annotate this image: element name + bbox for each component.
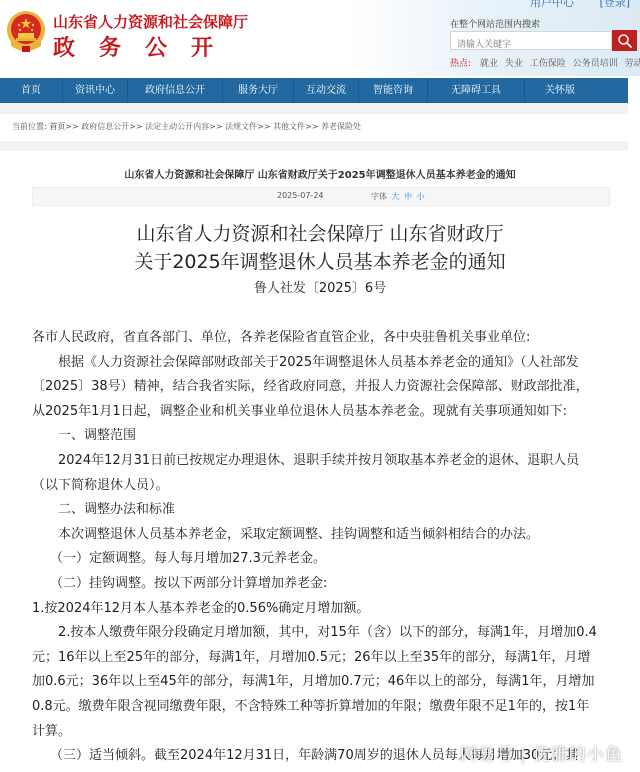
watermark-divider: |: [520, 745, 527, 765]
section-divider: [0, 141, 628, 151]
paragraph: 本次调整退休人员基本养老金，采取定额调整、挂钩调整和适当倾斜相结合的办法。: [32, 523, 612, 548]
search-box: [450, 31, 612, 50]
breadcrumb-separator: >>: [65, 122, 78, 131]
breadcrumb-item[interactable]: 首页: [49, 122, 65, 131]
breadcrumb-item[interactable]: 政府信息公开: [81, 122, 129, 131]
breadcrumb-separator: >>: [209, 122, 222, 131]
hot-topics: 热点: 就业 失业 工伤保险 公务员培训 劳动工资: [450, 56, 640, 69]
org-name: 山东省人力资源和社会保障厅: [53, 11, 248, 32]
section-heading: 二、调整办法和标准: [32, 498, 612, 523]
font-size-controls: 字体 大 中 小: [371, 191, 425, 202]
login-link[interactable]: [登录]: [600, 0, 631, 9]
breadcrumb-item[interactable]: 法定主动公开内容: [145, 122, 209, 131]
section-name: 政务公开: [53, 31, 237, 62]
user-links: 用户中心 [登录]: [530, 0, 640, 10]
paragraph: 从2025年1月1日起，调整企业和机关事业单位退休人员基本养老金。现就有关事项通…: [32, 400, 612, 425]
breadcrumb-item[interactable]: 养老保险处: [321, 122, 361, 131]
nav-item-smart-consult[interactable]: 智能咨询: [359, 78, 427, 103]
nav-item-service-hall[interactable]: 服务大厅: [223, 78, 293, 103]
hot-item[interactable]: 就业: [480, 59, 498, 69]
hot-item[interactable]: 工伤保险: [530, 59, 566, 69]
font-size-label: 字体: [371, 192, 387, 201]
hot-item[interactable]: 失业: [505, 59, 523, 69]
breadcrumb-separator: >>: [305, 122, 318, 131]
font-size-large[interactable]: 大: [392, 192, 400, 201]
paragraph: 加0.6元；36年以上至45年的部分，每满1年，月增加0.7元；46年以上的部分…: [32, 670, 612, 695]
publish-date: 2025-07-24: [277, 191, 324, 200]
paragraph: 〔2025〕38号）精神，结合我省实际，经省政府同意，并报人力资源社会保障部、财…: [32, 375, 612, 400]
font-size-small[interactable]: 小: [417, 192, 425, 201]
article-body: 各市人民政府，省直各部门、单位，各养老保险省直管企业，各中央驻鲁机关事业单位: …: [32, 326, 612, 769]
document-heading-line2: 关于2025年调整退休人员基本养老金的通知: [0, 247, 640, 274]
font-size-medium[interactable]: 中: [404, 192, 412, 201]
search-label: 在整个网站范围内搜索: [450, 17, 540, 30]
paragraph: （一）定额调整。每人每月增加27.3元养老金。: [32, 547, 612, 572]
paragraph: 0.8元。缴费年限含视同缴费年限，不含特殊工种等折算增加的年限；缴费年限不足1年…: [32, 695, 612, 720]
main-nav: 首页 资讯中心 政府信息公开 服务大厅 互动交流 智能咨询 无障碍工具 关怀版: [0, 78, 628, 103]
nav-item-care-version[interactable]: 关怀版: [525, 78, 595, 103]
watermark: 网易号|优雅的小鱼: [460, 740, 623, 765]
site-header: 山东省人力资源和社会保障厅 政务公开 用户中心 [登录] 在整个网站范围内搜索 …: [0, 0, 640, 76]
national-emblem-icon: [5, 10, 47, 54]
nav-item-home[interactable]: 首页: [0, 78, 62, 103]
nav-sub-strip: [0, 103, 628, 114]
paragraph: 1.按2024年12月本人基本养老金的0.56%确定月增加额。: [32, 597, 612, 622]
breadcrumb-prefix: 当前位置:: [12, 122, 47, 131]
document-number: 鲁人社发〔2025〕6号: [0, 277, 640, 296]
breadcrumb-separator: >>: [257, 122, 270, 131]
article-meta-bar: 2025-07-24 字体 大 中 小: [32, 187, 610, 206]
nav-item-news[interactable]: 资讯中心: [63, 78, 127, 103]
paragraph: 根据《人力资源社会保障部财政部关于2025年调整退休人员基本养老金的通知》（人社…: [32, 351, 612, 376]
paragraph: （二）挂钩调整。按以下两部分计算增加养老金:: [32, 572, 612, 597]
nav-item-gov-info[interactable]: 政府信息公开: [128, 78, 222, 103]
paragraph: （以下简称退休人员）。: [32, 474, 612, 499]
watermark-author: 优雅的小鱼: [533, 745, 623, 765]
watermark-brand: 网易号: [460, 745, 514, 765]
breadcrumb-item[interactable]: 其他文件: [273, 122, 305, 131]
breadcrumb-item[interactable]: 法规文件: [225, 122, 257, 131]
nav-item-interaction[interactable]: 互动交流: [294, 78, 358, 103]
paragraph: 元；16年以上至25年的部分，每满1年，月增加0.5元；26年以上至35年的部分…: [32, 646, 612, 671]
search-icon: [617, 33, 633, 49]
search-button[interactable]: [612, 30, 637, 51]
nav-item-accessibility[interactable]: 无障碍工具: [428, 78, 524, 103]
section-heading: 一、调整范围: [32, 424, 612, 449]
hot-item[interactable]: 公务员培训: [573, 59, 618, 69]
paragraph: 2024年12月31日前已按规定办理退休、退职手续并按月领取基本养老金的退休、退…: [32, 449, 612, 474]
user-center-link[interactable]: 用户中心: [530, 0, 574, 9]
search-input[interactable]: [451, 37, 611, 54]
paragraph: 各市人民政府，省直各部门、单位，各养老保险省直管企业，各中央驻鲁机关事业单位:: [32, 326, 612, 351]
hot-label: 热点:: [450, 59, 471, 69]
article-title: 山东省人力资源和社会保障厅 山东省财政厅关于2025年调整退休人员基本养老金的通…: [0, 166, 640, 181]
document-heading-line1: 山东省人力资源和社会保障厅 山东省财政厅: [0, 219, 640, 246]
breadcrumb-separator: >>: [129, 122, 142, 131]
hot-item[interactable]: 劳动工资: [624, 59, 640, 69]
paragraph: 2.按本人缴费年限分段确定月增加额，其中，对15年（含）以下的部分，每满1年，月…: [32, 621, 612, 646]
breadcrumb: 当前位置: 首页>> 政府信息公开>> 法定主动公开内容>> 法规文件>> 其他…: [12, 121, 361, 132]
